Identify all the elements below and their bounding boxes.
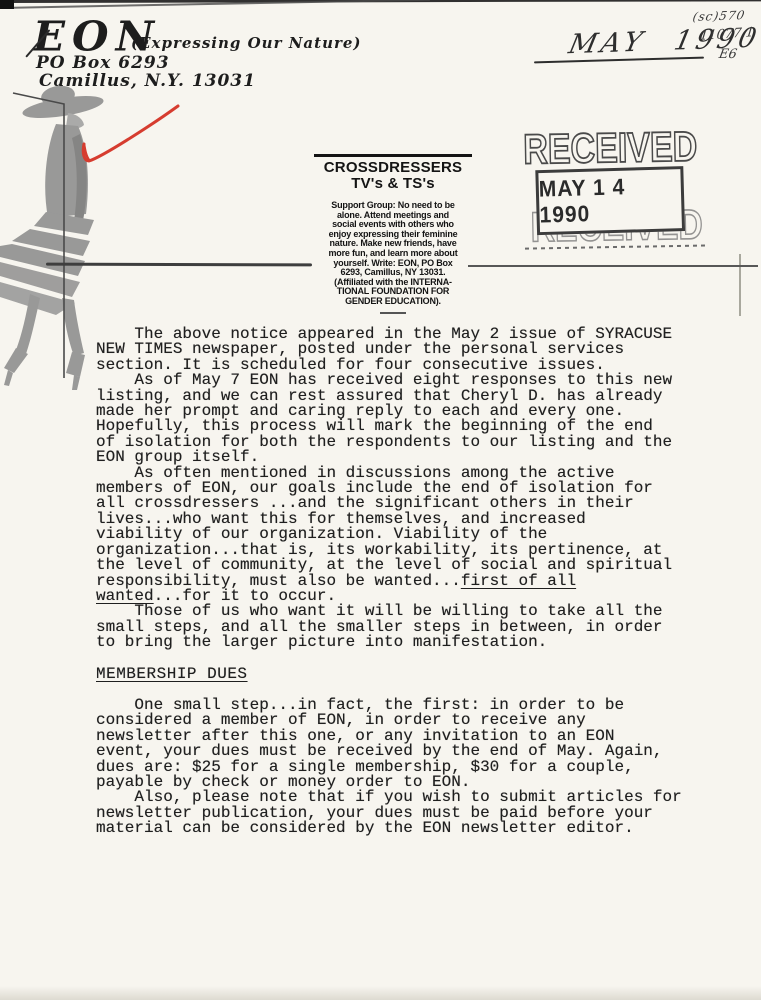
body-paragraph-3: As often mentioned in discussions among … [96,466,706,605]
scan-mark-right [739,254,741,316]
scanned-newsletter-page: { "colors": { "paper": "#f7f5ef", "ink":… [0,0,761,1000]
letterhead-address-line1: PO Box 6293 [36,53,170,73]
leg-front [62,298,84,356]
red-checkmark [74,100,186,172]
clipping-title: CROSSDRESSERS [310,160,476,176]
heel-back [4,370,13,386]
received-stamp: RECEIVED RECEIVED MAY 1 4 1990 [519,118,716,261]
clipping-top-border [314,154,472,157]
newspaper-clipping: CROSSDRESSERS TV's & TS's Support Group:… [310,150,476,314]
stamp-word-top: RECEIVED [523,123,698,173]
scan-edge-bottom [0,986,761,1000]
clipping-subtitle: TV's & TS's [310,176,476,192]
body-paragraph-4: Those of us who want it will be willing … [96,604,706,650]
body-text: The above notice appeared in the May 2 i… [96,327,706,837]
membership-dues-heading: MEMBERSHIP DUES [96,667,706,682]
divider-rule-right [468,265,758,267]
body-paragraph-2: As of May 7 EON has received eight respo… [96,373,706,465]
handwritten-catalog-sub: E6 [718,47,738,62]
clipping-body-text: Support Group: No need to be alone. Atte… [310,201,476,307]
paragraph-3-text: As often mentioned in discussions among … [96,464,672,590]
body-paragraph-1: The above notice appeared in the May 2 i… [96,327,706,373]
body-paragraph-6: Also, please note that if you wish to su… [96,790,706,836]
stamp-date-box: MAY 1 4 1990 [535,166,685,235]
heel-front [72,375,80,390]
letterhead-tagline: (Expressing Our Nature) [131,34,362,52]
handwritten-archive-code: (sc)570 [692,8,747,24]
stamp-date: MAY 1 4 1990 [538,173,681,229]
clipping-bottom-mark [380,312,406,314]
shoe-front [66,352,85,377]
body-paragraph-5: One small step...in fact, the first: in … [96,698,706,790]
scan-edge-top-corner [0,0,14,9]
